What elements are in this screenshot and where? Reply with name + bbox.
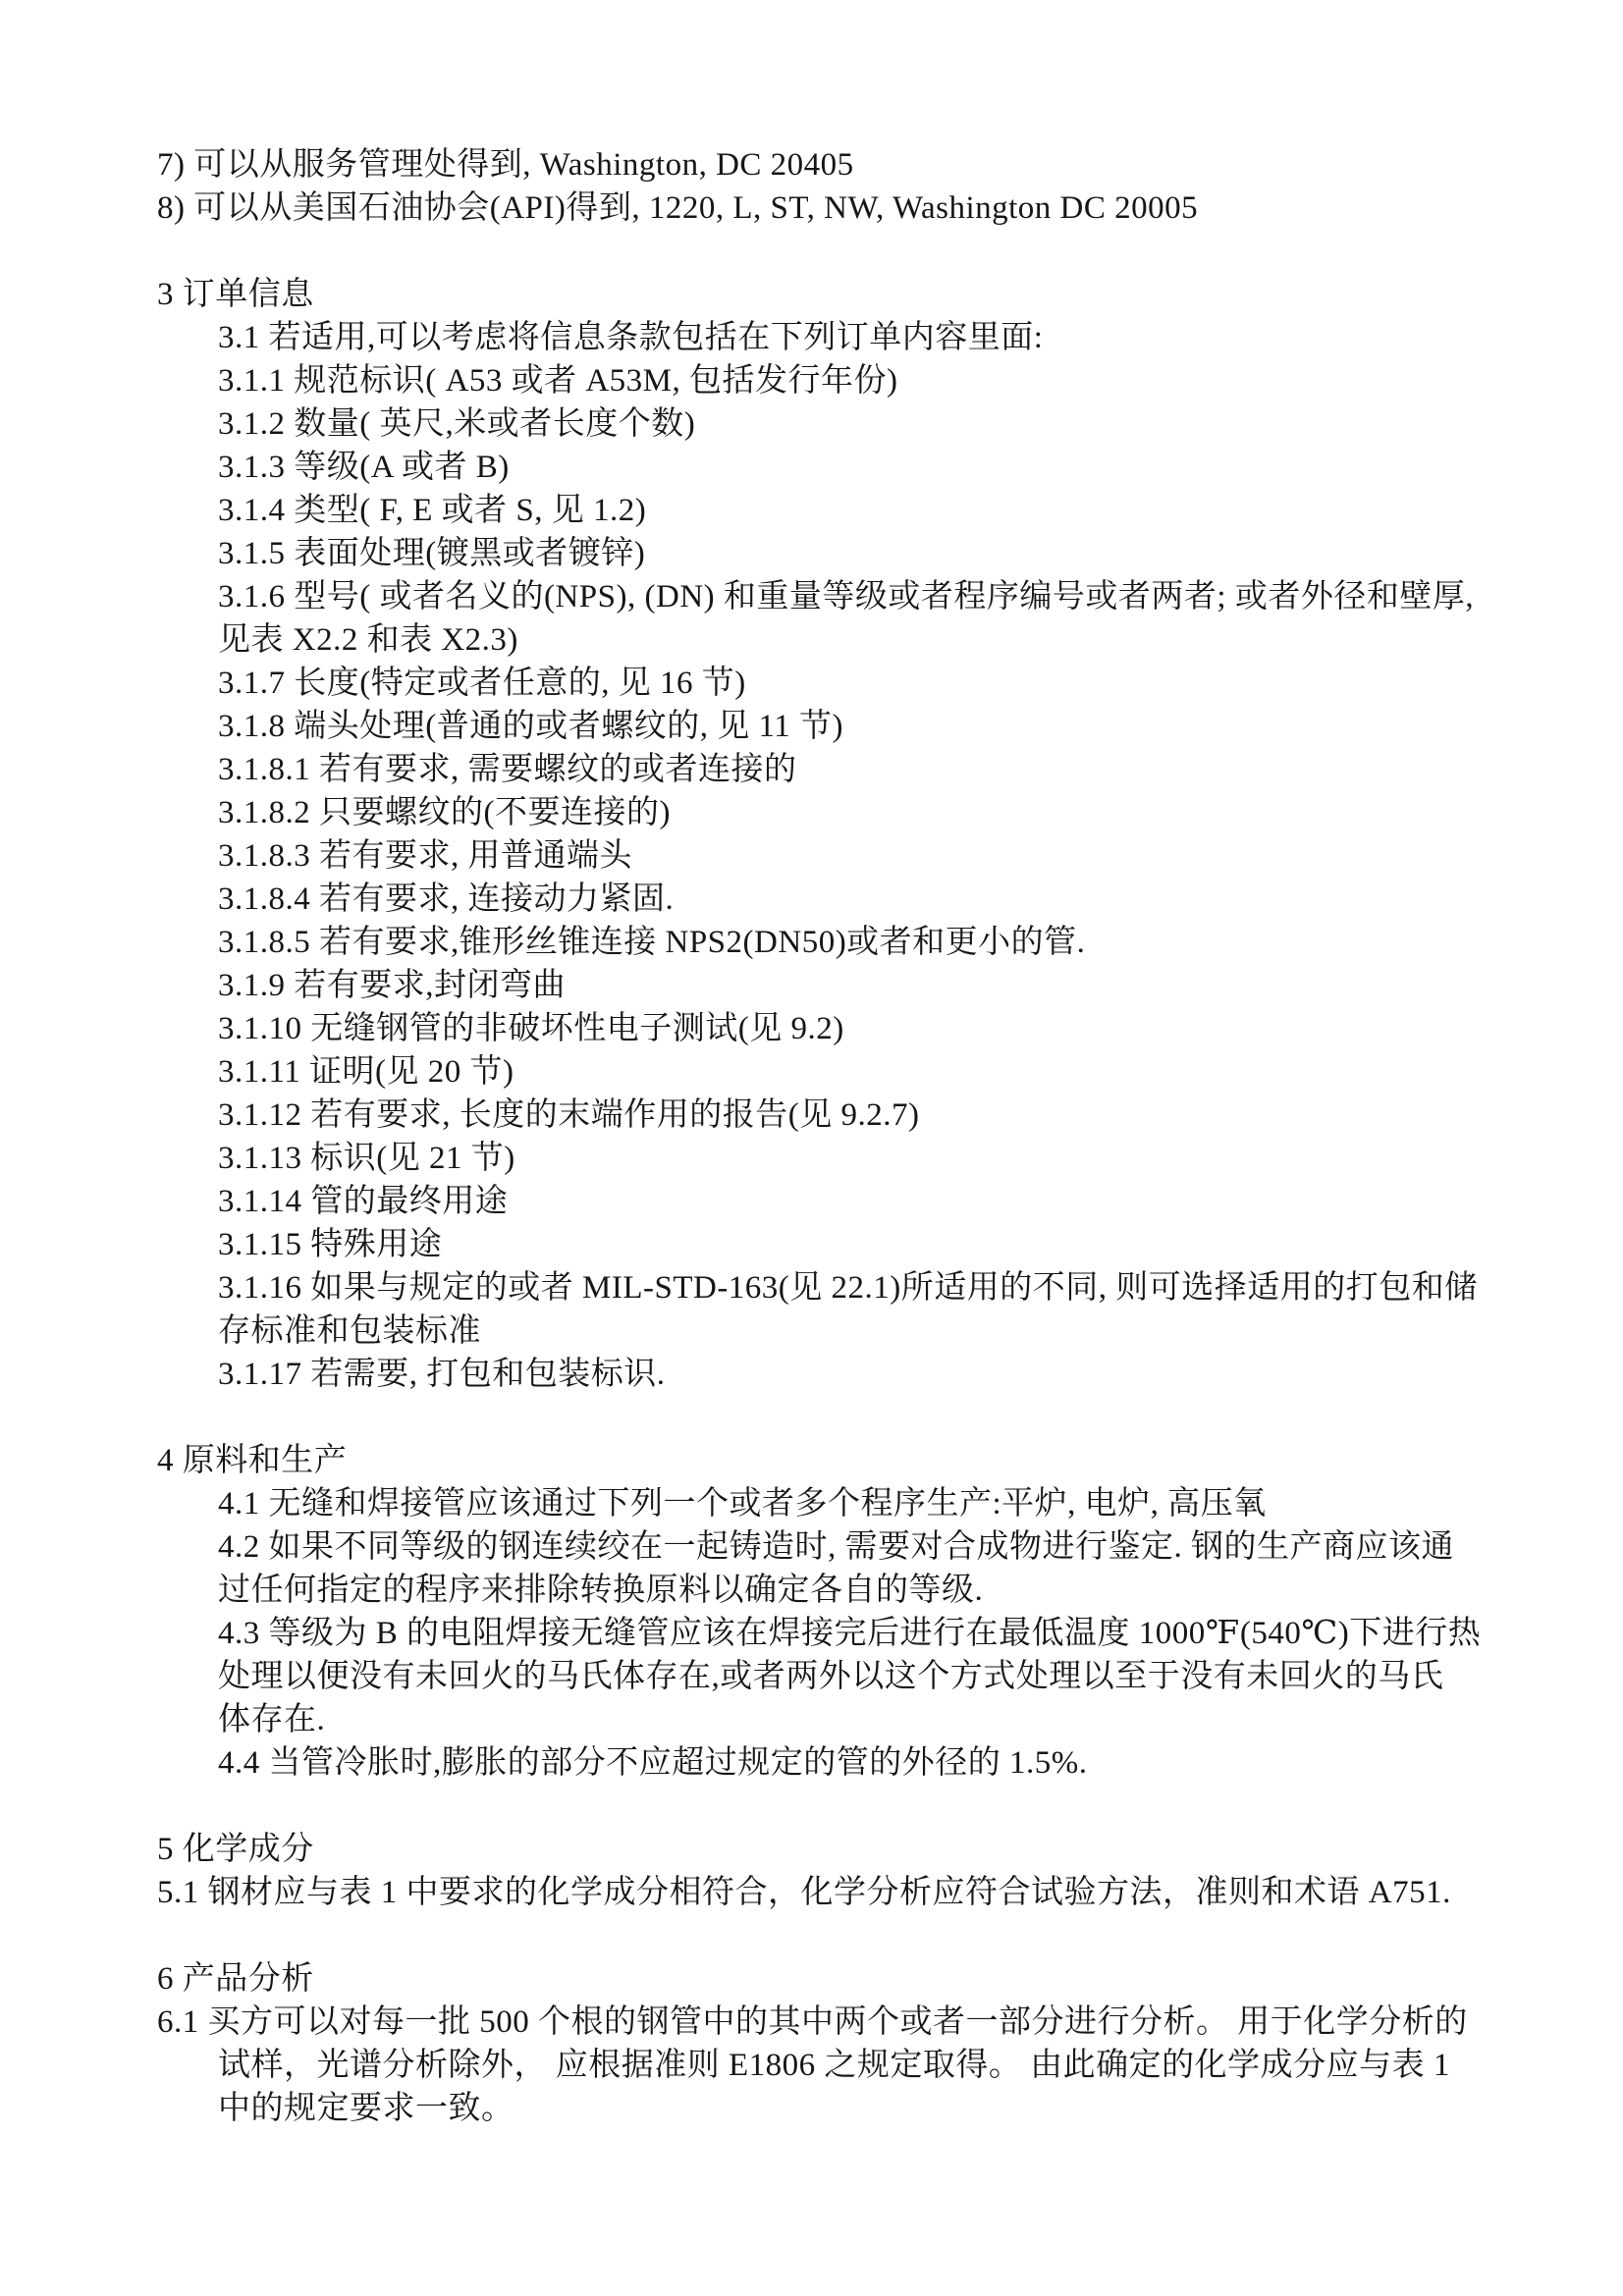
- text-line: 3.1.4 类型( F, E 或者 S, 见 1.2): [157, 489, 1502, 532]
- text-line: 4.1 无缝和焊接管应该通过下列一个或者多个程序生产:平炉, 电炉, 高压氧: [157, 1482, 1502, 1525]
- text-line: 3.1.17 若需要, 打包和包装标识.: [157, 1353, 1502, 1396]
- text-line: 3.1.8.3 若有要求, 用普通端头: [157, 834, 1502, 878]
- text-line: 3.1.1 规范标识( A53 或者 A53M, 包括发行年份): [157, 359, 1502, 402]
- text-line: 3.1.8.5 若有要求,锥形丝锥连接 NPS2(DN50)或者和更小的管.: [157, 921, 1502, 964]
- text-line: 中的规定要求一致。: [157, 2087, 1502, 2130]
- text-line: 存标准和包装标准: [157, 1309, 1502, 1353]
- text-line: 5 化学成分: [157, 1828, 1502, 1871]
- text-line: 3.1.9 若有要求,封闭弯曲: [157, 964, 1502, 1007]
- text-line: 3.1.5 表面处理(镀黑或者镀锌): [157, 532, 1502, 575]
- text-line: 3 订单信息: [157, 273, 1502, 316]
- text-line: 3.1.11 证明(见 20 节): [157, 1050, 1502, 1094]
- text-line: 6 产品分析: [157, 1957, 1502, 2001]
- text-line: 试样，光谱分析除外， 应根据准则 E1806 之规定取得。 由此确定的化学成分应…: [157, 2044, 1502, 2087]
- text-line: 3.1.6 型号( 或者名义的(NPS), (DN) 和重量等级或者程序编号或者…: [157, 575, 1502, 618]
- text-line: 3.1.8 端头处理(普通的或者螺纹的, 见 11 节): [157, 705, 1502, 748]
- text-line: 3.1.12 若有要求, 长度的末端作用的报告(见 9.2.7): [157, 1094, 1502, 1137]
- text-line: 过任何指定的程序来排除转换原料以确定各自的等级.: [157, 1569, 1502, 1612]
- text-line: 4 原料和生产: [157, 1439, 1502, 1482]
- text-line: 体存在.: [157, 1698, 1502, 1741]
- text-line: 5.1 钢材应与表 1 中要求的化学成分相符合，化学分析应符合试验方法，准则和术…: [157, 1871, 1502, 1914]
- text-line: 3.1.10 无缝钢管的非破坏性电子测试(见 9.2): [157, 1007, 1502, 1050]
- text-line: 8) 可以从美国石油协会(API)得到, 1220, L, ST, NW, Wa…: [157, 187, 1502, 230]
- text-line: 3.1 若适用,可以考虑将信息条款包括在下列订单内容里面:: [157, 316, 1502, 359]
- text-line: 3.1.2 数量( 英尺,米或者长度个数): [157, 402, 1502, 446]
- text-line: 3.1.8.4 若有要求, 连接动力紧固.: [157, 878, 1502, 921]
- text-line: 7) 可以从服务管理处得到, Washington, DC 20405: [157, 143, 1502, 187]
- text-line: 3.1.13 标识(见 21 节): [157, 1137, 1502, 1180]
- text-line: 见表 X2.2 和表 X2.3): [157, 618, 1502, 662]
- text-line: 4.4 当管冷胀时,膨胀的部分不应超过规定的管的外径的 1.5%.: [157, 1741, 1502, 1785]
- text-line: 3.1.15 特殊用途: [157, 1223, 1502, 1266]
- text-line: 6.1 买方可以对每一批 500 个根的钢管中的其中两个或者一部分进行分析。 用…: [157, 2001, 1502, 2044]
- text-line: 处理以便没有未回火的马氏体存在,或者两外以这个方式处理以至于没有未回火的马氏: [157, 1655, 1502, 1698]
- document-content: 7) 可以从服务管理处得到, Washington, DC 204058) 可以…: [157, 143, 1502, 2130]
- document-page: 7) 可以从服务管理处得到, Washington, DC 204058) 可以…: [0, 0, 1623, 2296]
- text-line: 3.1.14 管的最终用途: [157, 1180, 1502, 1223]
- text-line: 3.1.7 长度(特定或者任意的, 见 16 节): [157, 662, 1502, 705]
- text-line: 4.2 如果不同等级的钢连续绞在一起铸造时, 需要对合成物进行鉴定. 钢的生产商…: [157, 1525, 1502, 1569]
- text-line: 3.1.3 等级(A 或者 B): [157, 446, 1502, 489]
- text-line: 3.1.8.2 只要螺纹的(不要连接的): [157, 791, 1502, 834]
- text-line: 4.3 等级为 B 的电阻焊接无缝管应该在焊接完后进行在最低温度 1000℉(5…: [157, 1612, 1502, 1655]
- text-line: 3.1.8.1 若有要求, 需要螺纹的或者连接的: [157, 748, 1502, 791]
- text-line: 3.1.16 如果与规定的或者 MIL-STD-163(见 22.1)所适用的不…: [157, 1266, 1502, 1309]
